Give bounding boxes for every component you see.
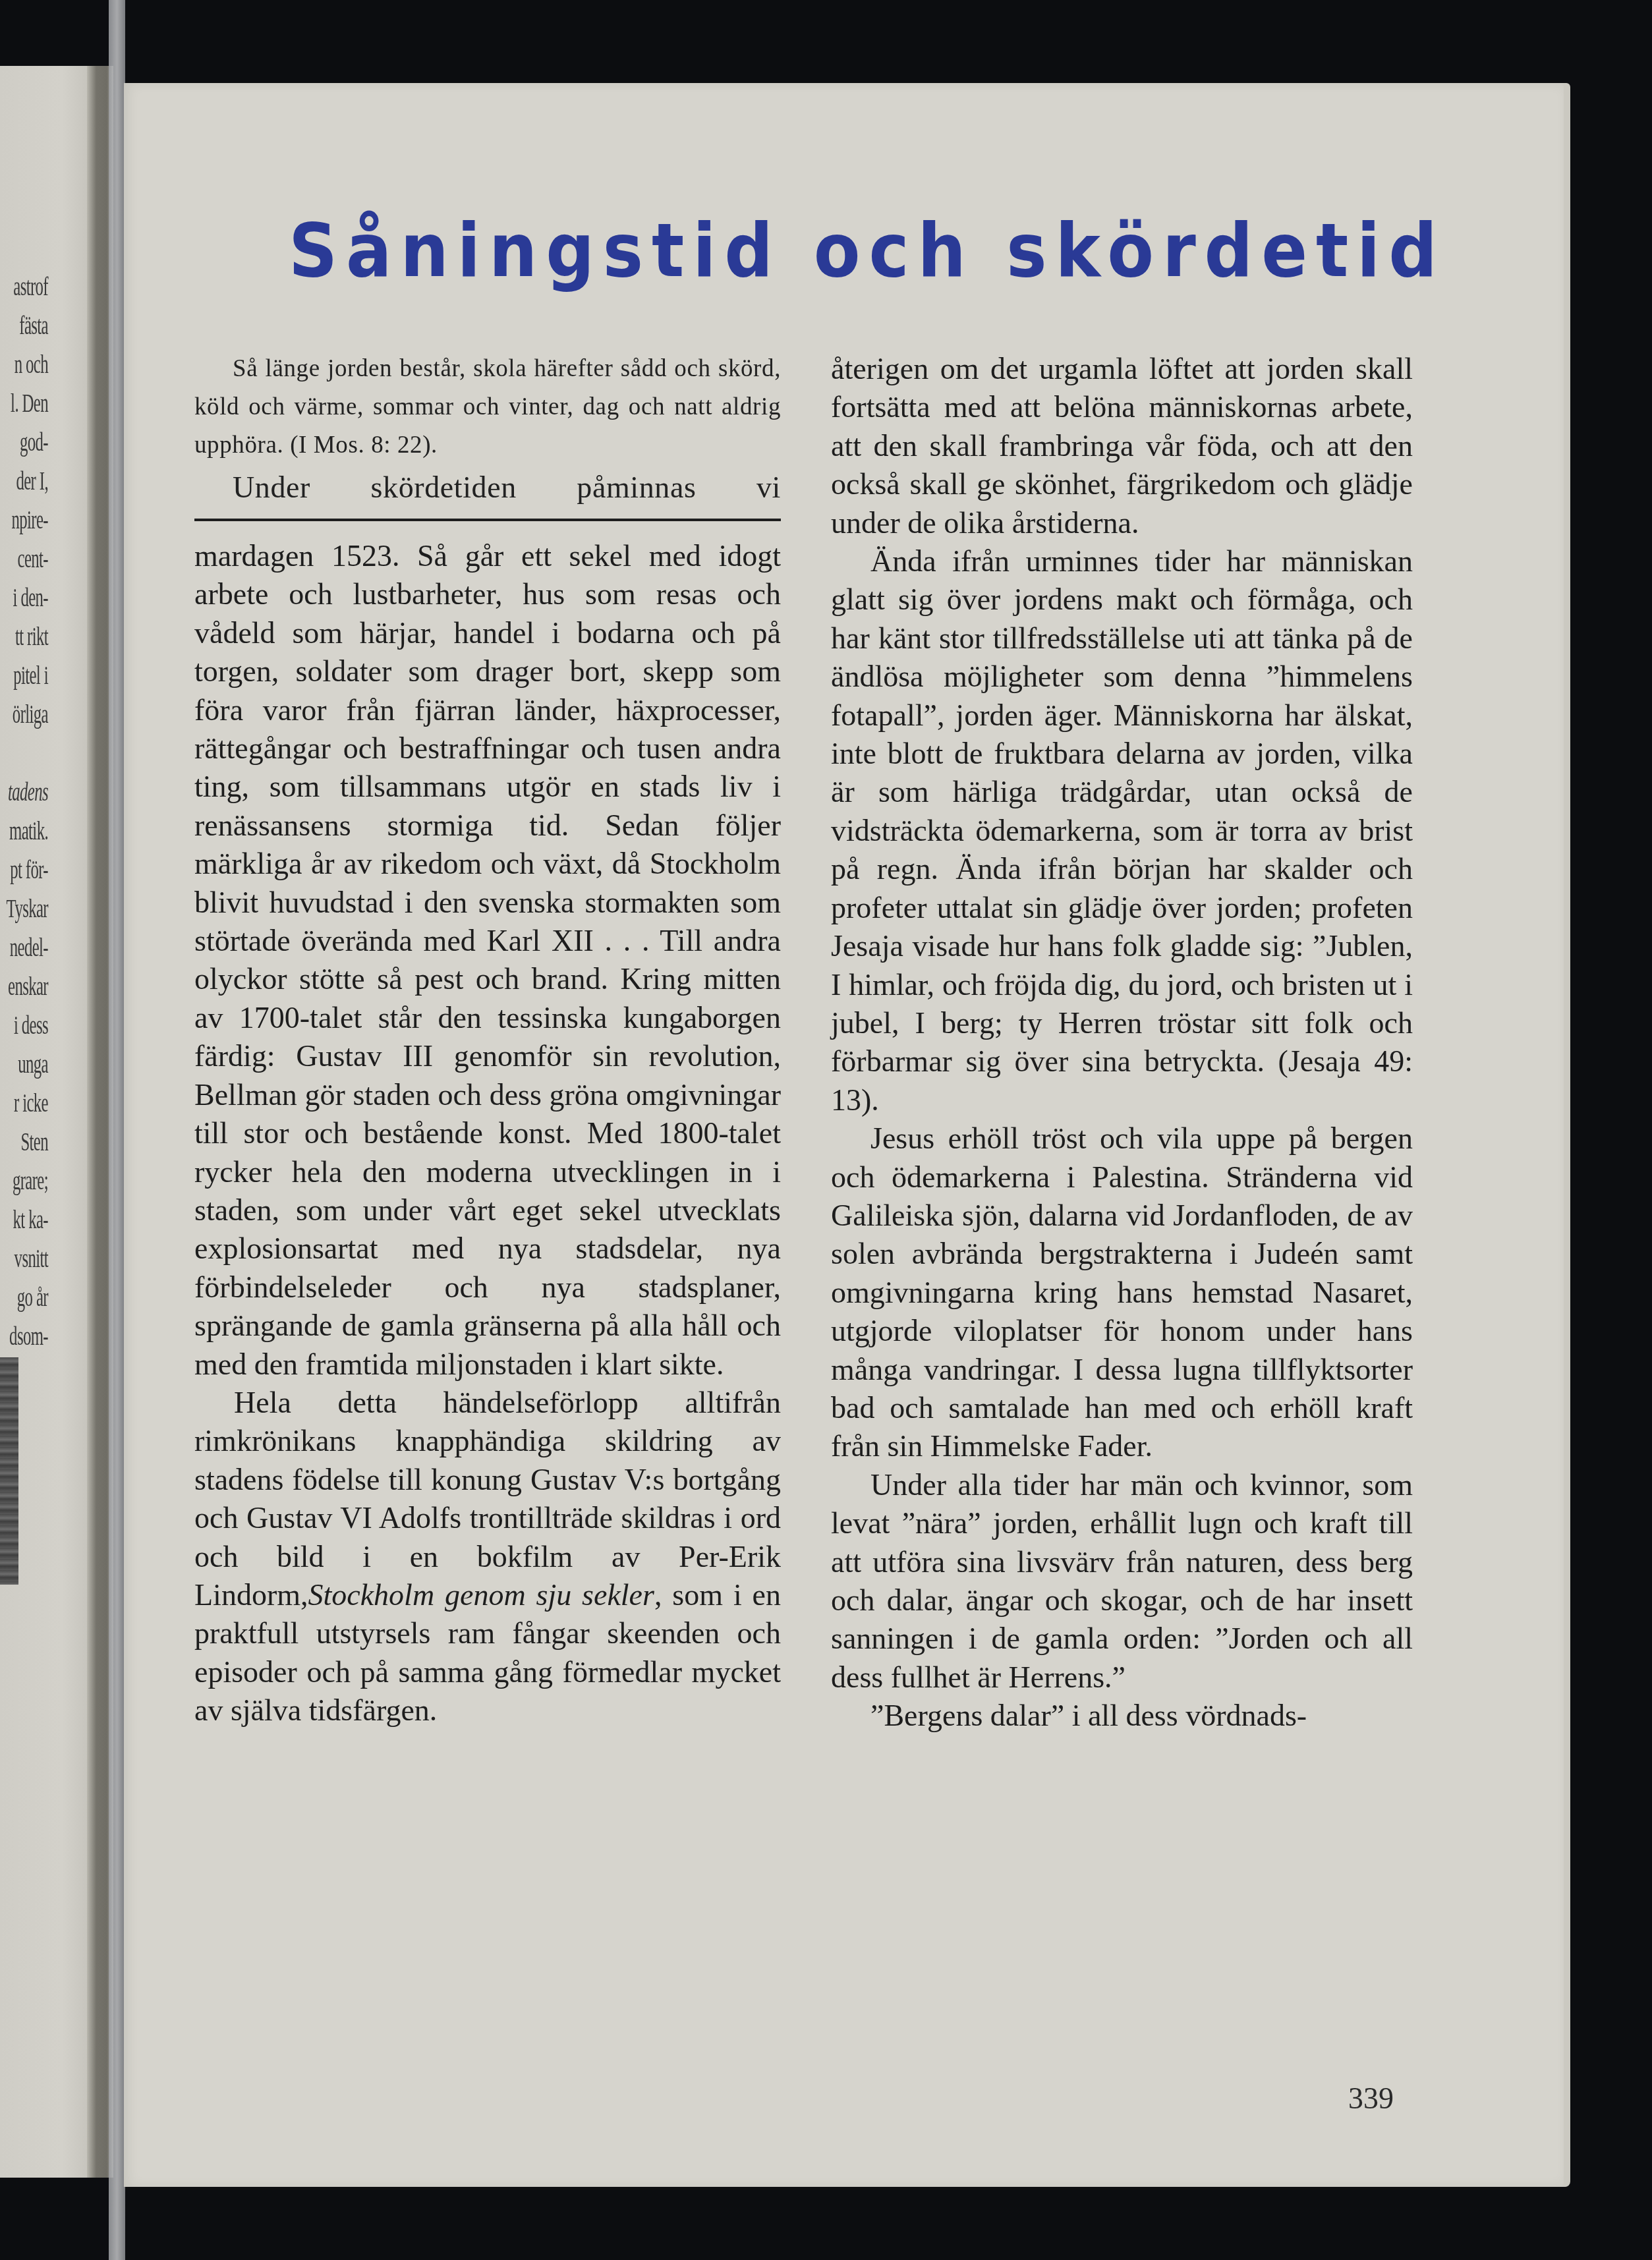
right-column-body: återigen om det urgamla löftet att jorde… [831, 350, 1413, 1736]
fragment-line: pitel i [0, 656, 48, 694]
body-paragraph: återigen om det urgamla löftet att jorde… [831, 350, 1413, 542]
fragment-line: örliga [0, 694, 48, 733]
fragment-line: npire- [0, 500, 48, 539]
fragment-line: grare; [0, 1161, 48, 1200]
fragment-line: go år [0, 1278, 48, 1316]
intro-quote: Så länge jorden består, skola härefter s… [194, 350, 781, 465]
body-paragraph: Under alla tider har män och kvin­nor, s… [831, 1466, 1413, 1697]
fragment-line: der I, [0, 461, 48, 500]
intro-lead-line: Under skördetiden påminnas vi [194, 468, 781, 507]
article-title: Såningstid och skördetid [289, 208, 1368, 294]
fragment-line: n och [0, 345, 48, 383]
fragment-line: matik. [0, 811, 48, 850]
body-paragraph: Jesus erhöll tröst och vila uppe på berg… [831, 1119, 1413, 1466]
previous-page-photo-edge [0, 1357, 18, 1585]
fragment-line: Sten [0, 1122, 48, 1161]
fragment-line: dsom- [0, 1316, 48, 1355]
page-number: 339 [1348, 2081, 1394, 2116]
fragment-line: vsnitt [0, 1239, 48, 1278]
book-spread: astrof fästa n och l. Den god- der I, np… [0, 0, 1652, 2260]
gutter-clip-strip [109, 0, 125, 2260]
fragment-line: tt rikt [0, 617, 48, 656]
intro-divider [194, 519, 781, 521]
fragment-line: Tyskar [0, 889, 48, 928]
fragment-line: fästa [0, 306, 48, 345]
fragment-line: i den- [0, 578, 48, 617]
left-column: Så länge jorden består, skola härefter s… [194, 350, 781, 1730]
previous-page-text-fragments: astrof fästa n och l. Den god- der I, np… [0, 267, 48, 1355]
body-paragraph-hela: Hela detta händelseförlopp allt­ifrån ri… [194, 1384, 781, 1730]
fragment-line: astrof [0, 267, 48, 306]
page: Såningstid och skördetid Så länge jorden… [124, 83, 1570, 2187]
fragment-line: tadens [0, 772, 48, 811]
fragment-line: pt för- [0, 850, 48, 889]
fragment-line: unga [0, 1044, 48, 1083]
right-column: återigen om det urgamla löftet att jorde… [831, 350, 1413, 1736]
fragment-line: enskar [0, 967, 48, 1005]
body-paragraph: mardagen 1523. Så går ett sekel med idog… [194, 537, 781, 1384]
body-paragraph: Ända ifrån urminnes tider har män­niskan… [831, 542, 1413, 1119]
intro-block: Så länge jorden består, skola härefter s… [194, 350, 781, 521]
fragment-line: kt ka- [0, 1200, 48, 1239]
fragment-line: god- [0, 422, 48, 461]
fragment-line: r icke [0, 1083, 48, 1122]
fragment-line: nedel- [0, 928, 48, 967]
fragment-line: i dess [0, 1005, 48, 1044]
fragment-line: l. Den [0, 383, 48, 422]
fragment-line: cent- [0, 539, 48, 578]
previous-page-edge: astrof fästa n och l. Den god- der I, np… [0, 66, 89, 2178]
book-title-italic: Stockholm genom sju sekler [308, 1578, 654, 1612]
body-paragraph: ”Bergens dalar” i all dess vördnads- [831, 1697, 1413, 1735]
left-column-body: mardagen 1523. Så går ett sekel med idog… [194, 537, 781, 1730]
fragment-gap [0, 733, 48, 772]
